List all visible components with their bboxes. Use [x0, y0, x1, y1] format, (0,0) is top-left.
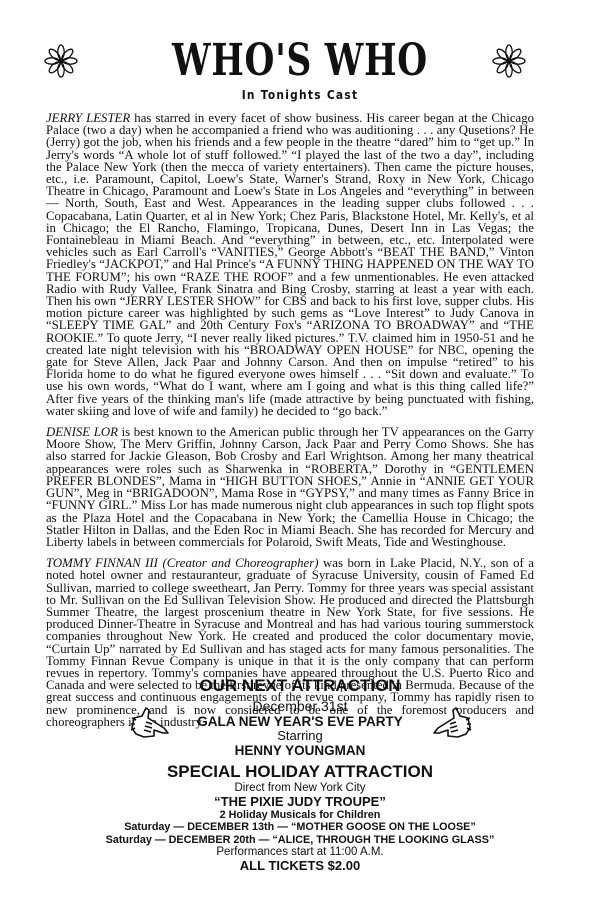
next-attraction-heading: OUR NEXT ATTRACTION [0, 676, 600, 696]
page-subtitle: In Tonights Cast [45, 87, 555, 102]
ticket-price: ALL TICKETS $2.00 [0, 859, 600, 873]
next-attraction-star: HENNY YOUNGMAN [0, 743, 600, 758]
performance-start-time: Performances start at 11:00 A.M. [0, 846, 600, 859]
holiday-show: Saturday — DECEMBER 20th — “ALICE, THROU… [0, 834, 600, 847]
holiday-troupe: “THE PIXIE JUDY TROUPE” [0, 795, 600, 809]
bio-paragraph: DENISE LOR is best known to the American… [46, 426, 534, 548]
cast-bios: JERRY LESTER has starred in every facet … [46, 112, 534, 737]
next-attraction-date: December 31st [0, 699, 600, 714]
starring-label: Starring [0, 729, 600, 743]
page-title: WHO'S WHO [66, 38, 534, 84]
holiday-description: 2 Holiday Musicals for Children [0, 809, 600, 822]
next-attraction-event: GALA NEW YEAR'S EVE PARTY [0, 714, 600, 729]
bio-paragraph: JERRY LESTER has starred in every facet … [46, 112, 534, 417]
bio-text: has starred in every facet of show busin… [46, 111, 534, 418]
holiday-origin: Direct from New York City [0, 782, 600, 795]
holiday-show: Saturday — DECEMBER 13th — “MOTHER GOOSE… [0, 821, 600, 834]
holiday-attraction-heading: SPECIAL HOLIDAY ATTRACTION [0, 762, 600, 782]
attractions-section: OUR NEXT ATTRACTION December 31st GALA N… [0, 676, 600, 873]
bio-text: is best known to the American public thr… [46, 425, 534, 549]
